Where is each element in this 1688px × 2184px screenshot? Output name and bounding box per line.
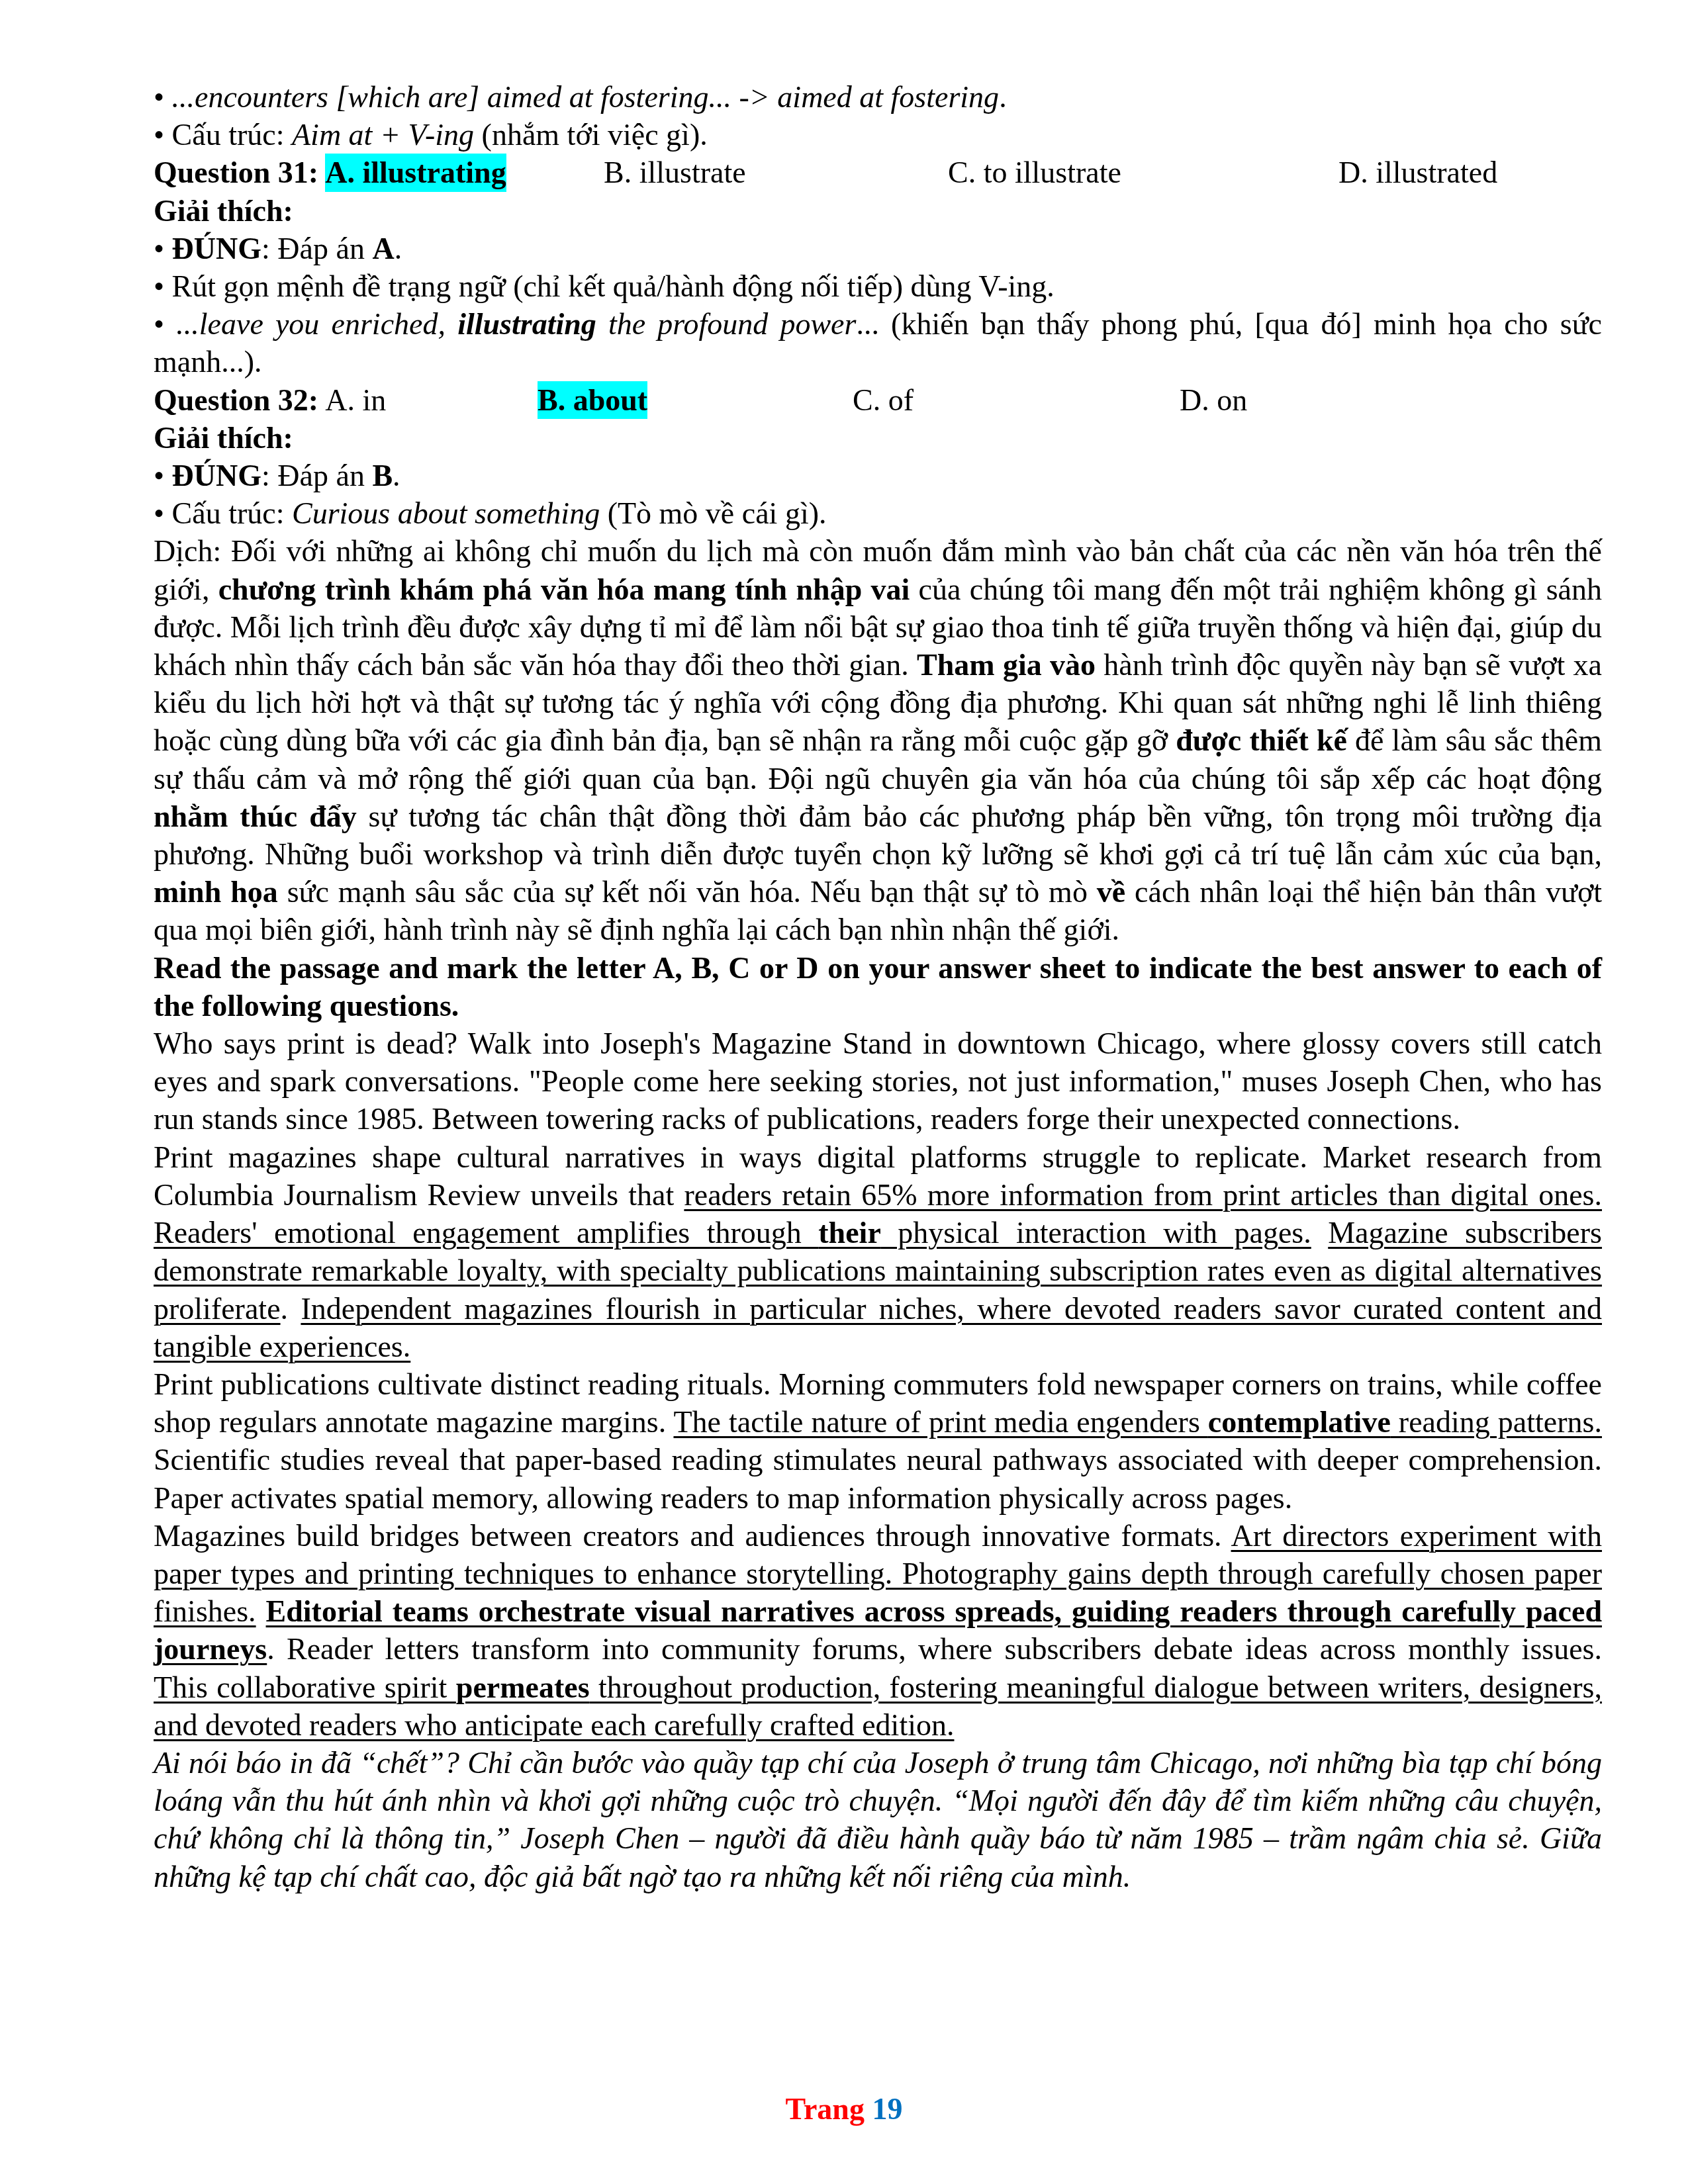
- keyword: được thiết kế: [1176, 723, 1347, 757]
- reading-instruction: Read the passage and mark the letter A, …: [154, 949, 1602, 1024]
- space: [256, 1594, 266, 1628]
- passage-translation: Ai nói báo in đã “chết”? Chỉ cần bước và…: [154, 1744, 1602, 1895]
- underlined-sentence: Readers' emotional engagement amplifies …: [154, 1216, 818, 1250]
- page-number: 19: [872, 2092, 902, 2126]
- question-31-label: Question 31:: [154, 154, 318, 191]
- keyword: về: [1097, 875, 1125, 909]
- translation-paragraph: Dịch: Đối với những ai không chỉ muốn du…: [154, 532, 1602, 948]
- structure-italic: Curious about something: [292, 496, 600, 530]
- structure-meaning: (Tò mò về cái gì).: [600, 496, 826, 530]
- bullet: •: [154, 232, 172, 265]
- passage-paragraph-3: Print publications cultivate distinct re…: [154, 1365, 1602, 1517]
- underlined-sentence: reading patterns.: [1391, 1405, 1602, 1439]
- structure-bullet: • Cấu trúc: Curious about something (Tò …: [154, 494, 1602, 532]
- passage-paragraph-4: Magazines build bridges between creators…: [154, 1517, 1602, 1744]
- example-italic: ...encounters [which are] aimed at foste…: [172, 80, 1000, 114]
- underlined-sentence: The tactile nature of print media engend…: [673, 1405, 1207, 1439]
- bullet: •: [154, 459, 172, 492]
- bullet-text: • Cấu trúc:: [154, 118, 292, 152]
- text: . Reader letters transform into communit…: [267, 1632, 1602, 1666]
- answer-prefix: : Đáp án: [261, 232, 372, 265]
- passage-paragraph-1: Who says print is dead? Walk into Joseph…: [154, 1024, 1602, 1138]
- answer-prefix: : Đáp án: [261, 459, 372, 492]
- example-keyword: illustrating: [457, 307, 596, 341]
- grammar-rule: • Rút gọn mệnh đề trạng ngữ (chỉ kết quả…: [154, 267, 1602, 305]
- bullet-text: •: [154, 80, 172, 114]
- text: sức mạnh sâu sắc của sự kết nối văn hóa.…: [278, 875, 1097, 909]
- space: [1311, 1216, 1328, 1250]
- keyword: minh họa: [154, 875, 278, 909]
- keyword: nhằm thúc đẩy: [154, 799, 357, 833]
- structure-bullet: • Cấu trúc: Aim at + V-ing (nhắm tới việ…: [154, 116, 1602, 154]
- example-italic: the profound power: [596, 307, 857, 341]
- text: Scientific studies reveal that paper-bas…: [154, 1443, 1602, 1514]
- underlined-sentence: readers retain 65% more information from…: [684, 1178, 1602, 1212]
- punct: .: [393, 459, 400, 492]
- underlined-keyword: contemplative: [1208, 1405, 1391, 1439]
- bullet-text: • Cấu trúc:: [154, 496, 292, 530]
- correct-label: ĐÚNG: [172, 459, 261, 492]
- example-italic: ...leave you enriched,: [176, 307, 457, 341]
- correct-label: ĐÚNG: [172, 232, 261, 265]
- text: Magazines build bridges between creators…: [154, 1519, 1231, 1553]
- explanation-heading: Giải thích:: [154, 192, 1602, 230]
- text: .: [281, 1292, 301, 1326]
- question-32-row: Question 32: A. in B. about C. of D. on: [154, 381, 1602, 419]
- page-footer: Trang 19: [0, 2091, 1688, 2126]
- question-32-option-a: A. in: [325, 381, 386, 419]
- question-31-option-d: D. illustrated: [1338, 154, 1497, 191]
- passage-paragraph-2: Print magazines shape cultural narrative…: [154, 1138, 1602, 1365]
- structure-meaning: (nhắm tới việc gì).: [474, 118, 708, 152]
- question-31-option-b: B. illustrate: [604, 154, 746, 191]
- question-32-option-d: D. on: [1180, 381, 1247, 419]
- punct: .: [395, 232, 402, 265]
- question-31-row: Question 31: A. illustrating B. illustra…: [154, 154, 1602, 191]
- underlined-sentence: Independent magazines flourish in partic…: [154, 1292, 1602, 1363]
- underlined-sentence: physical interaction with pages.: [881, 1216, 1311, 1250]
- answer-letter: A: [372, 232, 394, 265]
- answer-letter: B: [372, 459, 393, 492]
- explanation-heading: Giải thích:: [154, 419, 1602, 457]
- text: sự tương tác chân thật đồng thời đảm bảo…: [154, 799, 1602, 871]
- document-page: • ...encounters [which are] aimed at fos…: [154, 78, 1602, 1895]
- correct-answer-line: • ĐÚNG: Đáp án B.: [154, 457, 1602, 494]
- question-32-label: Question 32:: [154, 381, 318, 419]
- question-31-option-a-correct: A. illustrating: [325, 154, 506, 191]
- correct-answer-line: • ĐÚNG: Đáp án A.: [154, 230, 1602, 267]
- keyword: chương trình khám phá văn hóa mang tính …: [218, 572, 910, 606]
- example-line: • ...leave you enriched, illustrating th…: [154, 305, 1602, 381]
- structure-italic: Aim at + V-ing: [292, 118, 474, 152]
- punct: .: [999, 80, 1007, 114]
- underlined-keyword: their: [818, 1216, 881, 1250]
- question-31-option-c: C. to illustrate: [948, 154, 1121, 191]
- question-32-option-b-correct: B. about: [538, 381, 647, 419]
- question-32-option-c: C. of: [853, 381, 914, 419]
- explanation-bullet: • ...encounters [which are] aimed at fos…: [154, 78, 1602, 116]
- page-label: Trang: [786, 2092, 865, 2126]
- underlined-sentence: This collaborative spirit: [154, 1670, 456, 1704]
- bullet: •: [154, 307, 176, 341]
- underlined-keyword: permeates: [456, 1670, 590, 1704]
- keyword: Tham gia vào: [917, 648, 1096, 682]
